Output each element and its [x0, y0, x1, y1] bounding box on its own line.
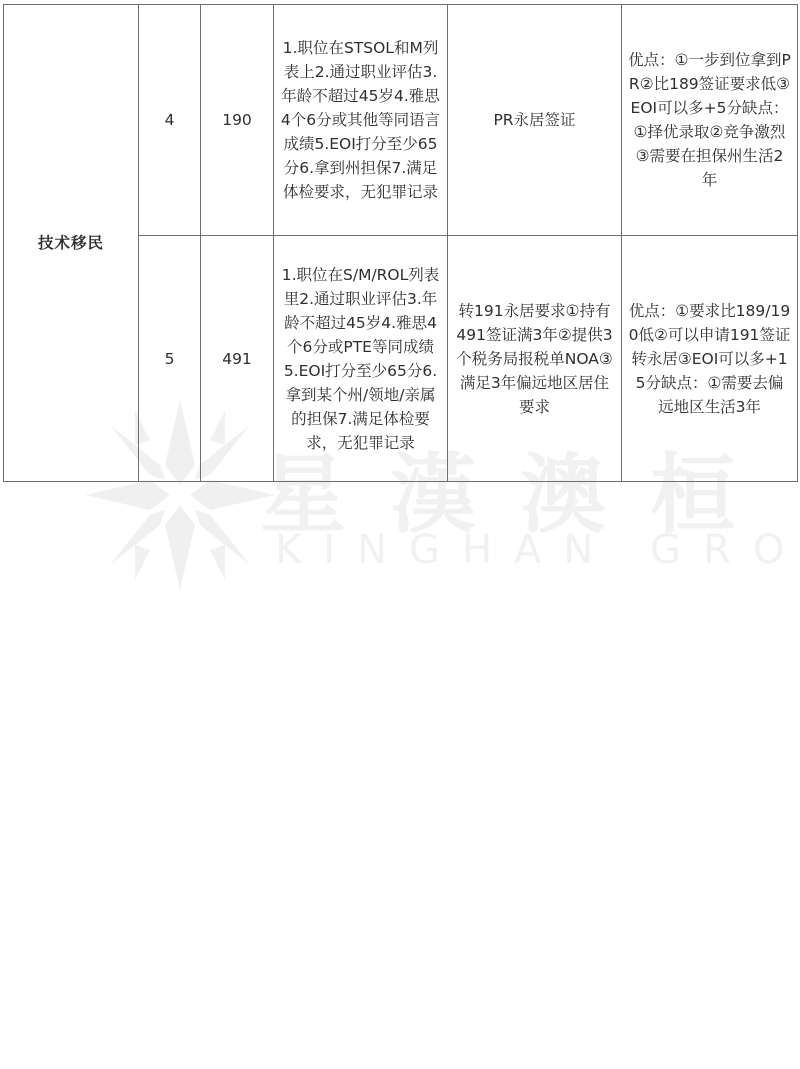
- subclass-cell: 491: [201, 236, 274, 482]
- index-cell: 4: [139, 5, 201, 236]
- requirements-text: 1.职位在STSOL和M列表上2.通过职业评估3.年龄不超过45岁4.雅思4个6…: [280, 36, 441, 204]
- watermark-english-text: KINGHAN GROUP: [275, 527, 800, 573]
- row-index: 4: [165, 111, 175, 129]
- pros-cons-cell: 优点：①要求比189/190低②可以申请191签证转永居③EOI可以多+15分缺…: [622, 236, 798, 482]
- visa-type-text: 转191永居要求①持有491签证满3年②提供3个税务局报税单NOA③满足3年偏远…: [454, 299, 615, 419]
- index-cell: 5: [139, 236, 201, 482]
- pros-cons-cell: 优点：①一步到位拿到PR②比189签证要求低③EOI可以多+5分缺点：①择优录取…: [622, 5, 798, 236]
- visa-type-text: PR永居签证: [454, 108, 615, 132]
- visa-subclass: 190: [222, 111, 252, 129]
- visa-comparison-table: 技术移民 4 190 1.职位在STSOL和M列表上2.通过职业评估3.年龄不超…: [3, 4, 798, 482]
- pros-cons-text: 优点：①一步到位拿到PR②比189签证要求低③EOI可以多+5分缺点：①择优录取…: [628, 48, 791, 192]
- visa-subclass: 491: [222, 350, 252, 368]
- requirements-cell: 1.职位在STSOL和M列表上2.通过职业评估3.年龄不超过45岁4.雅思4个6…: [274, 5, 448, 236]
- table-row: 技术移民 4 190 1.职位在STSOL和M列表上2.通过职业评估3.年龄不超…: [4, 5, 798, 236]
- visa-type-cell: 转191永居要求①持有491签证满3年②提供3个税务局报税单NOA③满足3年偏远…: [448, 236, 622, 482]
- category-cell: 技术移民: [4, 5, 139, 482]
- requirements-cell: 1.职位在S/M/ROL列表里2.通过职业评估3.年龄不超过45岁4.雅思4个6…: [274, 236, 448, 482]
- visa-type-cell: PR永居签证: [448, 5, 622, 236]
- subclass-cell: 190: [201, 5, 274, 236]
- category-label: 技术移民: [38, 234, 104, 252]
- row-index: 5: [165, 350, 175, 368]
- requirements-text: 1.职位在S/M/ROL列表里2.通过职业评估3.年龄不超过45岁4.雅思4个6…: [280, 263, 441, 455]
- pros-cons-text: 优点：①要求比189/190低②可以申请191签证转永居③EOI可以多+15分缺…: [628, 299, 791, 419]
